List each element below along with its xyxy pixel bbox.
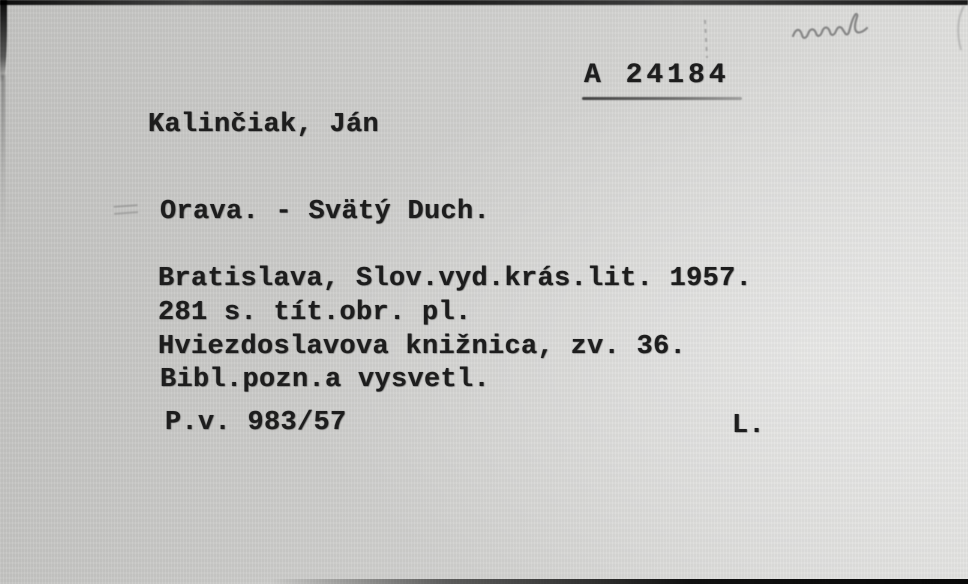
scan-streak-left [1,75,5,245]
accession-number: P.v. 983/57 [165,410,347,437]
scan-edge-right-mark [946,2,968,59]
scan-edge-top [0,0,968,5]
scan-edge-left [0,0,7,82]
notes-line: Bibl.pozn.a vysvetl. [160,367,490,394]
handwritten-scribble-icon [788,10,888,59]
catalog-card: A 24184 Kalinčiak, Ján Orava. - Svätý Du… [0,0,968,584]
catalog-number-underline [582,97,742,100]
catalog-number: A 24184 [584,62,730,90]
imprint-line: Bratislava, Slov.vyd.krás.lit. 1957. [158,266,752,293]
collation-line: 281 s. tít.obr. pl. [158,300,472,327]
title-line: Orava. - Svätý Duch. [160,199,490,226]
faint-double-dash-icon [114,204,139,220]
cataloguer-initial: L. [732,413,765,440]
series-line: Hviezdoslavova knižnica, zv. 36. [158,334,686,361]
author-line: Kalinčiak, Ján [148,112,379,139]
scan-edge-bottom [271,579,968,584]
